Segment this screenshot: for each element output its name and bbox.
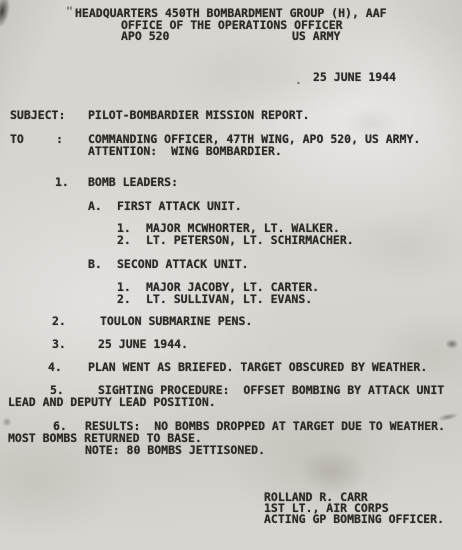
item2-text: TOULON SUBMARINE PENS. [100, 315, 252, 327]
document-page: " HEADQUARTERS 450TH BOMBARDMENT GROUP (… [0, 0, 462, 550]
crewB2-text: LT. SULLIVAN, LT. EVANS. [146, 293, 312, 305]
to-label: TO [10, 133, 24, 145]
item5-continuation: LEAD AND DEPUTY LEAD POSITION. [8, 396, 216, 408]
item1-text: BOMB LEADERS: [88, 176, 178, 188]
item4-number: 4. [48, 361, 62, 373]
unitA-letter: A. [88, 200, 102, 212]
unitB-text: SECOND ATTACK UNIT. [117, 258, 249, 270]
item6-note: NOTE: 80 BOMBS JETTISONED. [85, 444, 265, 456]
stray-typewriter-mark: " [66, 5, 73, 17]
edge-smudge [444, 338, 460, 350]
subject-value: PILOT-BOMBARDIER MISSION REPORT. [88, 109, 310, 121]
letterhead-apo: APO 520 [121, 30, 169, 42]
signature-title: ACTING GP BOMBING OFFICER. [264, 513, 444, 525]
item1-number: 1. [55, 176, 69, 188]
stray-period-mark: . [295, 74, 302, 86]
to-attention: ATTENTION: WING BOMBARDIER. [88, 145, 282, 157]
item2-number: 2. [52, 315, 66, 327]
item3-text: 25 JUNE 1944. [98, 338, 188, 350]
edge-smudge [2, 418, 12, 426]
item3-number: 3. [52, 338, 66, 350]
unitA-text: FIRST ATTACK UNIT. [117, 200, 242, 212]
letterhead-army: US ARMY [292, 30, 340, 42]
crewB2-number: 2. [117, 293, 131, 305]
subject-label: SUBJECT: [10, 109, 65, 121]
item4-text: PLAN WENT AS BRIEFED. TARGET OBSCURED BY… [88, 361, 427, 373]
to-colon: : [56, 133, 63, 145]
corner-smudge [0, 0, 16, 39]
date-line: 25 JUNE 1944 [313, 71, 396, 83]
crewA2-number: 2. [117, 234, 131, 246]
crewA2-text: LT. PETERSON, LT. SCHIRMACHER. [146, 234, 354, 246]
unitB-letter: B. [88, 258, 102, 270]
